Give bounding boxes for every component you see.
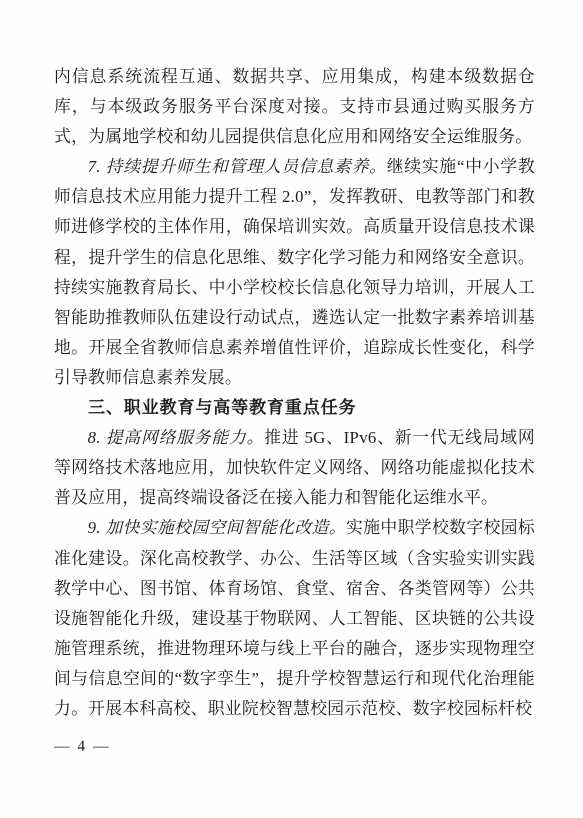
paragraph: 7. 持续提升师生和管理人员信息素养。继续实施“中小学教师信息技术应用能力提升工… xyxy=(54,152,535,393)
document-body: 内信息系统流程互通、数据共享、应用集成，构建本级数据仓库，与本级政务服务平台深度… xyxy=(54,62,535,724)
paragraph: 8. 提高网络服务能力。推进 5G、IPv6、新一代无线局域网等网络技术落地应用… xyxy=(54,423,535,513)
paragraph-text: 继续实施“中小学教师信息技术应用能力提升工程 2.0”，发挥教研、电教等部门和教… xyxy=(54,157,535,387)
page-number: — 4 — xyxy=(54,738,111,756)
paragraph-text: 内信息系统流程互通、数据共享、应用集成，构建本级数据仓库，与本级政务服务平台深度… xyxy=(54,67,535,146)
paragraph: 内信息系统流程互通、数据共享、应用集成，构建本级数据仓库，与本级政务服务平台深度… xyxy=(54,62,535,152)
document-page: 内信息系统流程互通、数据共享、应用集成，构建本级数据仓库，与本级政务服务平台深度… xyxy=(0,0,583,818)
paragraph-lead: 7. 持续提升师生和管理人员信息素养。 xyxy=(88,157,387,176)
paragraph: 9. 加快实施校园空间智能化改造。实施中职学校数字校园标准化建设。深化高校教学、… xyxy=(54,513,535,724)
paragraph-lead: 9. 加快实施校园空间智能化改造。 xyxy=(88,518,346,537)
section-heading: 三、职业教育与高等教育重点任务 xyxy=(54,393,535,423)
paragraph-text: 实施中职学校数字校园标准化建设。深化高校教学、办公、生活等区域（含实验实训实践教… xyxy=(54,518,535,718)
paragraph-lead: 8. 提高网络服务能力。 xyxy=(88,428,265,447)
